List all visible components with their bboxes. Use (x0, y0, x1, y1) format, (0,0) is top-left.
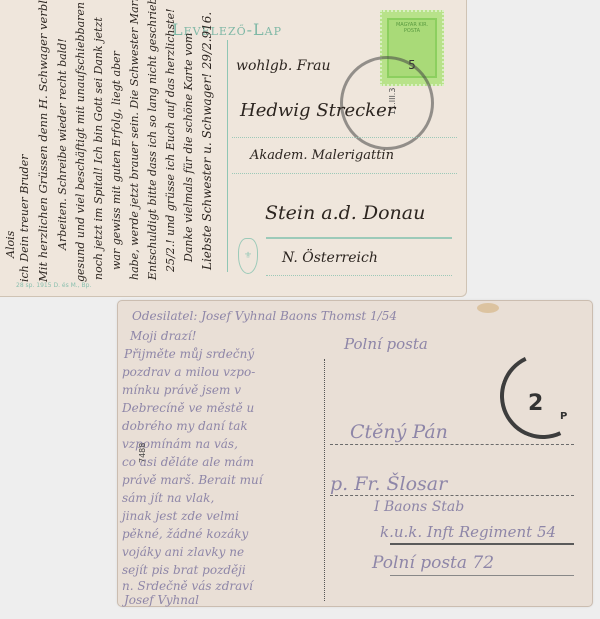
message-line: právě marš. Berait muí (122, 473, 263, 487)
message-line: Debrecíně ve městě u (122, 401, 254, 415)
stamp-label: MAGYAR KIR. POSTA (389, 22, 435, 34)
address-rule (232, 173, 457, 174)
message-line: pěkné, žádné kozáky (122, 527, 248, 541)
message-line: gesund und viel beschäftigt mit unaufsch… (74, 2, 87, 282)
address-line: Ctěný Pán (350, 421, 448, 443)
message-line: Danke vielmals für die schöne Karte vom (182, 33, 195, 262)
postmark-number: 2 (528, 391, 543, 416)
address-line: I Baons Stab (374, 499, 464, 515)
address-line: wohlgb. Frau (236, 58, 331, 74)
message-line: 25/2.! und grüsse ich Euch auf das herzl… (164, 9, 177, 273)
message-line: noch jetzt im Spital! Ich bin Gott sei D… (92, 17, 105, 280)
address-rule (330, 495, 574, 496)
printer-mark: 28 sp. 1915 D. és M., Bp. (16, 282, 91, 289)
address-rule (266, 237, 452, 239)
message-line: sám jít na vlak, (122, 491, 214, 505)
message-line: habe, werde jetzt brauer sein. Die Schwe… (128, 0, 141, 280)
message-line: mínku právě jsem v (122, 383, 241, 397)
address-city: Stein a.d. Donau (265, 202, 425, 224)
signature: Josef Vyhnal (124, 593, 199, 607)
postmark-letter: P (560, 411, 567, 422)
message-line: sejít pis brat později (122, 563, 246, 577)
message-line: pozdrav a milou vzpo- (122, 365, 255, 379)
message-line: n. Srdečně vás zdraví (122, 579, 253, 593)
address-line: Akadem. Malerigattin (250, 148, 394, 163)
message-line: Přijměte můj srdečný (124, 347, 254, 361)
postcard-back: Odesilatel: Josef Vyhnal Baons Thomst 1/… (117, 300, 593, 607)
address-recipient: p. Fr. Šlosar (330, 473, 447, 495)
message-line: Arbeiten. Schreibe wieder recht bald! (56, 38, 69, 250)
divider-line (324, 359, 325, 601)
stain (477, 303, 499, 313)
emblem-icon: ⚜ (238, 238, 258, 274)
address-line: Polní posta 72 (372, 553, 494, 573)
sender-line: Odesilatel: Josef Vyhnal Baons Thomst 1/… (132, 309, 397, 323)
message-line: vojáky ani zlavky ne (122, 545, 244, 559)
address-rule (266, 275, 452, 276)
divider-line (227, 40, 228, 272)
address-country: N. Österreich (282, 250, 378, 266)
address-rule (232, 137, 457, 138)
address-rule (390, 543, 574, 545)
message-line: war gewiss mit guten Erfolg, liegt aber (110, 51, 123, 270)
side-number: 7488 (138, 443, 147, 463)
address-rule (330, 444, 574, 445)
message-line: Mit herzlichen Grüssen denn H. Schwager … (36, 0, 50, 282)
address-rule (390, 575, 574, 576)
signature: Alois (4, 231, 17, 258)
message-line: jinak jest zde velmi (122, 509, 239, 523)
message-line: Moji drazí! (130, 329, 196, 343)
postcard-front: Levelező-Lap Liebste Schwester u. Schwag… (0, 0, 467, 297)
message-line: Liebste Schwester u. Schwager! 29/2.916. (200, 12, 214, 270)
address-recipient: Hedwig Strecker (240, 100, 395, 121)
message-line: dobrého my daní tak (122, 419, 248, 433)
message-line: Entschuldigt bitte dass ich so lang nich… (146, 0, 159, 280)
address-line: k.u.k. Inft Regiment 54 (380, 523, 556, 541)
message-line: ich Dein treuer Bruder (18, 155, 31, 282)
field-post-header: Polní posta (344, 335, 428, 353)
